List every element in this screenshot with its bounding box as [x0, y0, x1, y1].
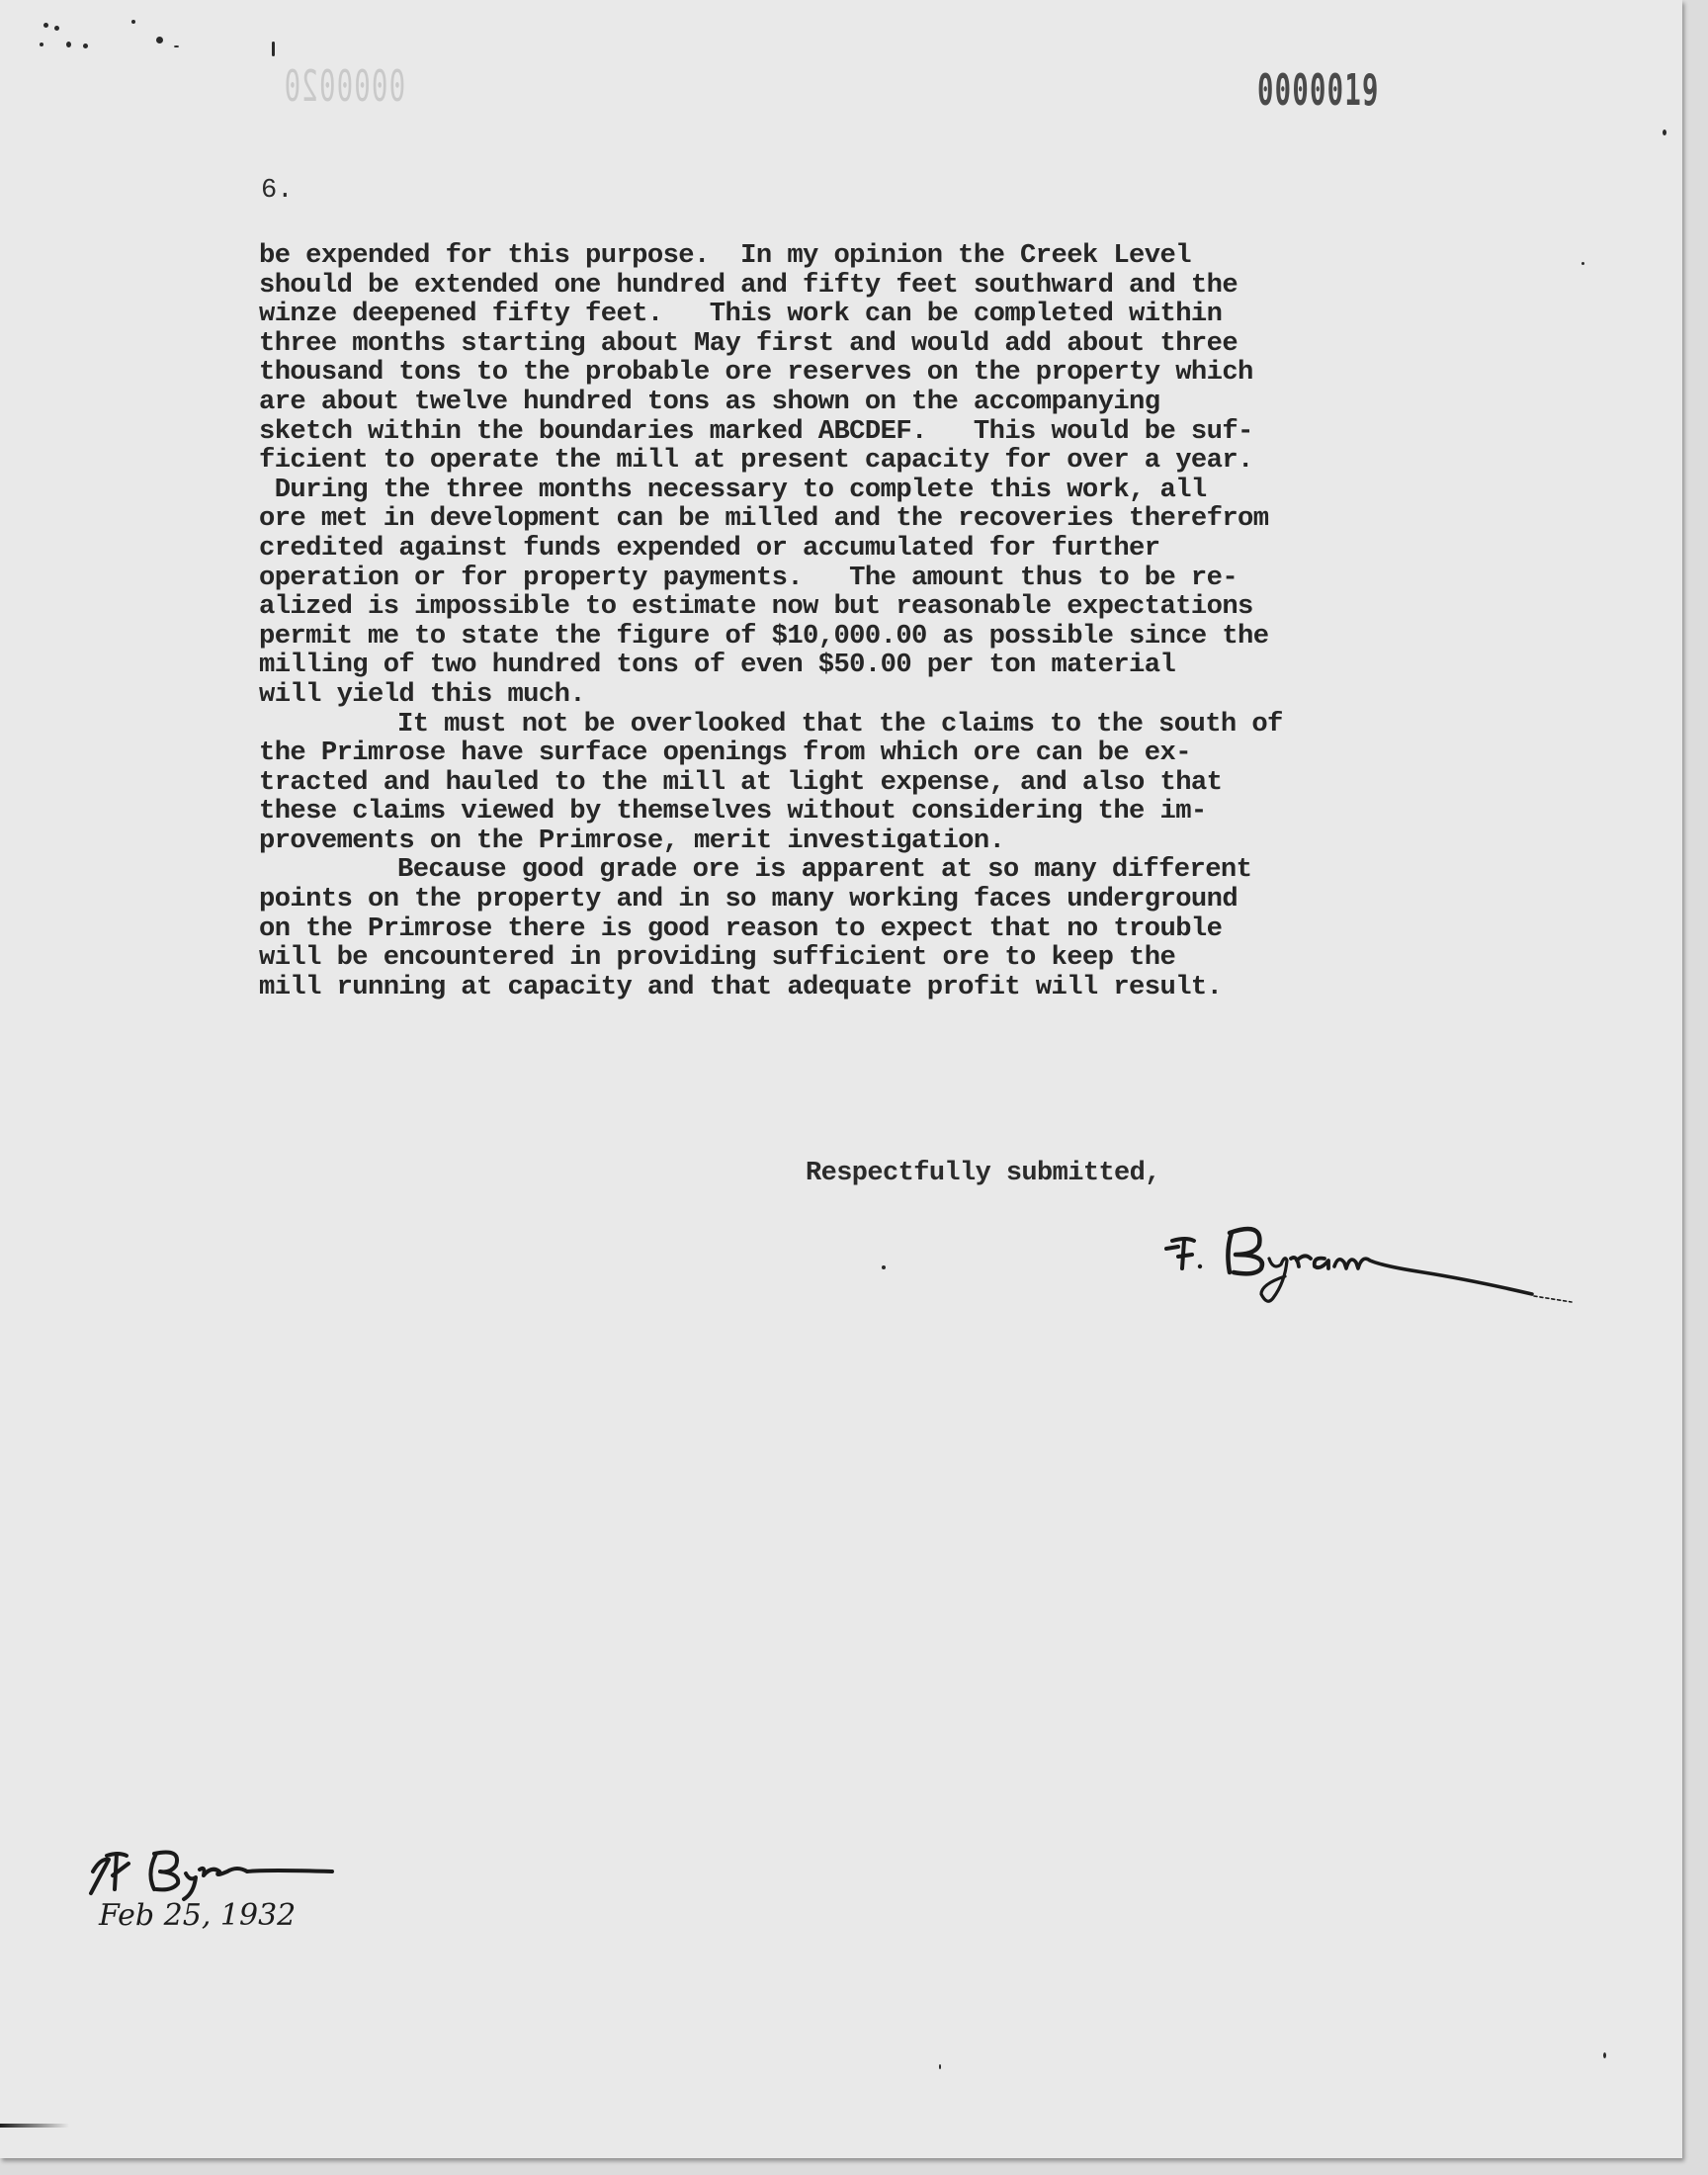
body-line: provements on the Primrose, merit invest… — [259, 826, 1583, 856]
ink-speck — [131, 20, 135, 24]
body-line: be expended for this purpose. In my opin… — [259, 241, 1583, 271]
body-line: the Primrose have surface openings from … — [259, 739, 1583, 768]
body-line: on the Primrose there is good reason to … — [259, 914, 1583, 944]
body-line: milling of two hundred tons of even $50.… — [259, 651, 1583, 680]
body-line: alized is impossible to estimate now but… — [259, 592, 1583, 622]
ink-speck — [40, 43, 43, 46]
ink-speck — [54, 26, 59, 31]
ink-speck — [882, 1265, 886, 1269]
document-page: 0000020 0000019 6. be expended for this … — [0, 0, 1682, 2158]
ink-speck — [939, 2064, 941, 2069]
body-line: three months starting about May first an… — [259, 329, 1583, 359]
body-line: should be extended one hundred and fifty… — [259, 271, 1583, 301]
ink-speck — [83, 43, 88, 48]
ghost-stamp-number: 0000020 — [283, 61, 405, 112]
handwritten-signature-date: Feb 25, 1932 — [79, 1834, 346, 1943]
body-line: credited against funds expended or accum… — [259, 534, 1583, 564]
ink-speck — [174, 45, 179, 47]
body-line: ficient to operate the mill at present c… — [259, 446, 1583, 476]
body-line: these claims viewed by themselves withou… — [259, 797, 1583, 826]
ink-speck — [1603, 2052, 1606, 2058]
document-stamp-number: 0000019 — [1257, 65, 1380, 116]
body-line: will be encountered in providing suffici… — [259, 943, 1583, 973]
ink-speck — [43, 23, 48, 28]
closing-line: Respectfully submitted, — [806, 1159, 1160, 1188]
ink-speck — [272, 42, 275, 56]
handwritten-date: Feb 25, 1932 — [98, 1898, 296, 1933]
body-line: sketch within the boundaries marked ABCD… — [259, 417, 1583, 447]
signature — [1137, 1211, 1591, 1310]
ink-speck — [156, 37, 163, 43]
body-line: will yield this much. — [259, 680, 1583, 710]
letter-body: be expended for this purpose. In my opin… — [259, 241, 1583, 1001]
body-line: ore met in development can be milled and… — [259, 504, 1583, 534]
body-line: Because good grade ore is apparent at so… — [259, 855, 1583, 885]
body-line: mill running at capacity and that adequa… — [259, 973, 1583, 1002]
ink-speck — [1663, 130, 1666, 135]
body-line: It must not be overlooked that the claim… — [259, 710, 1583, 739]
ink-speck — [66, 42, 71, 47]
body-line: points on the property and in so many wo… — [259, 885, 1583, 914]
body-line: winze deepened fifty feet. This work can… — [259, 300, 1583, 329]
body-line: tracted and hauled to the mill at light … — [259, 768, 1583, 798]
body-line: thousand tons to the probable ore reserv… — [259, 358, 1583, 388]
body-line: are about twelve hundred tons as shown o… — [259, 388, 1583, 417]
page-number: 6. — [261, 176, 293, 206]
body-line: operation or for property payments. The … — [259, 564, 1583, 593]
scan-artifact-streak — [0, 2124, 69, 2128]
body-line: During the three months necessary to com… — [259, 476, 1583, 505]
body-line: permit me to state the figure of $10,000… — [259, 622, 1583, 652]
